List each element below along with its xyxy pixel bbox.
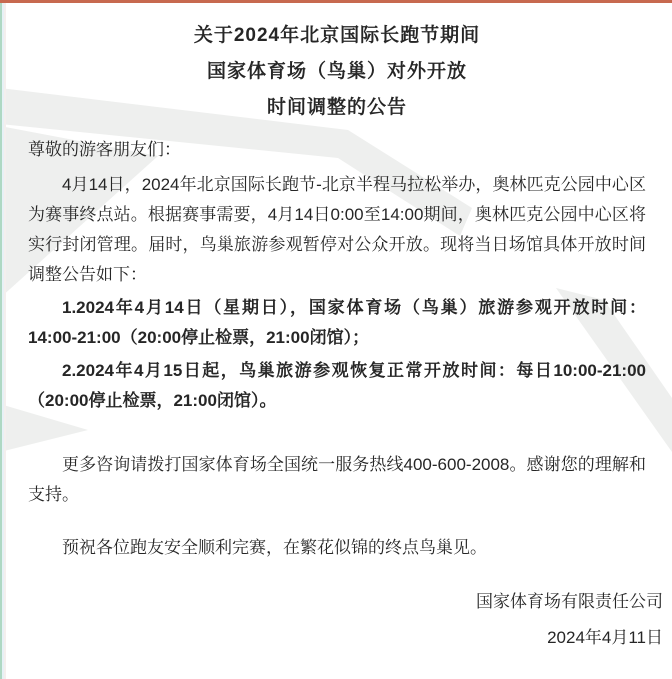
left-edge-strip — [0, 3, 6, 679]
schedule-item-april-15: 2.2024年4月15日起，鸟巢旅游参观恢复正常开放时间：每日10:00-21:… — [28, 356, 646, 416]
title-line-3: 时间调整的公告 — [28, 90, 646, 126]
salutation: 尊敬的游客朋友们： — [28, 135, 646, 165]
schedule-item-1-line-2: 14:00-21:00（20:00停止检票，21:00闭馆）； — [28, 323, 646, 353]
notice-page: 关于2024年北京国际长跑节期间 国家体育场（鸟巢）对外开放 时间调整的公告 尊… — [0, 0, 672, 679]
intro-paragraph: 4月14日，2024年北京国际长跑节-北京半程马拉松举办，奥林匹克公园中心区为赛… — [28, 170, 646, 290]
title-line-2: 国家体育场（鸟巢）对外开放 — [28, 54, 646, 90]
signature-organization: 国家体育场有限责任公司 — [28, 587, 663, 617]
signature-block: 国家体育场有限责任公司 2024年4月11日 — [28, 587, 663, 653]
signature-date: 2024年4月11日 — [28, 623, 663, 653]
title-line-1: 关于2024年北京国际长跑节期间 — [28, 18, 646, 54]
schedule-item-1-line-1: 1.2024年4月14日（星期日），国家体育场（鸟巢）旅游参观开放时间： — [28, 293, 646, 323]
notice-document: 关于2024年北京国际长跑节期间 国家体育场（鸟巢）对外开放 时间调整的公告 尊… — [0, 0, 672, 653]
schedule-item-2-line-2: （20:00停止检票，21:00闭馆）。 — [28, 386, 646, 416]
schedule-item-2-line-1: 2.2024年4月15日起，鸟巢旅游参观恢复正常开放时间：每日10:00-21:… — [28, 356, 646, 386]
notice-body: 尊敬的游客朋友们： 4月14日，2024年北京国际长跑节-北京半程马拉松举办，奥… — [28, 135, 646, 653]
top-accent-bar — [0, 0, 672, 3]
schedule-item-april-14: 1.2024年4月14日（星期日），国家体育场（鸟巢）旅游参观开放时间： 14:… — [28, 293, 646, 353]
wish-paragraph: 预祝各位跑友安全顺利完赛，在繁花似锦的终点鸟巢见。 — [28, 533, 646, 563]
hotline-paragraph: 更多咨询请拨打国家体育场全国统一服务热线400-600-2008。感谢您的理解和… — [28, 450, 646, 510]
notice-title: 关于2024年北京国际长跑节期间 国家体育场（鸟巢）对外开放 时间调整的公告 — [28, 18, 646, 126]
